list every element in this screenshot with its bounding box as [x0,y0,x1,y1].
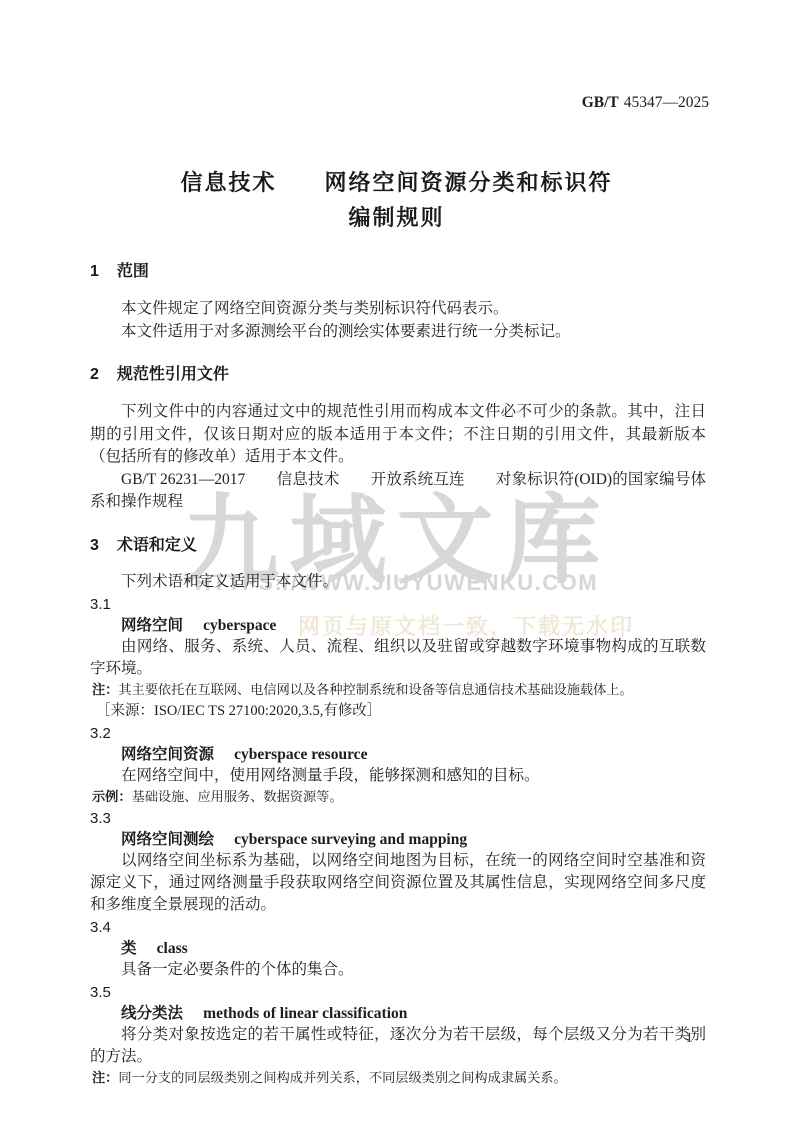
term-en: methods of linear classification [203,1005,407,1022]
document-page: 九域文库 HTTPS://WWW.JIUYUWENKU.COM 网页与原文档一致… [0,0,793,1122]
term-zh: 类 [121,940,137,957]
term-item-cyberspace-resource: 3.2 网络空间资源cyberspace resource 在网络空间中，使用网… [90,723,706,807]
section-number: 2 [90,366,99,383]
term-id: 3.2 [90,723,706,744]
term-id: 3.3 [90,808,706,829]
document-title: 信息技术 网络空间资源分类和标识符 编制规则 [0,165,793,235]
term-zh: 线分类法 [121,1005,183,1022]
example-label: 示例： [92,789,132,804]
term-item-cyberspace: 3.1 网络空间cyberspace 由网络、服务、系统、人员、流程、组织以及驻… [90,594,706,722]
term-id: 3.4 [90,917,706,938]
term-heading: 网络空间cyberspace [121,615,706,636]
term-zh: 网络空间 [121,617,183,634]
term-item-cyberspace-surveying: 3.3 网络空间测绘cyberspace surveying and mappi… [90,808,706,916]
standard-number: GB/T45347—2025 [582,94,709,112]
standard-number-code: 45347—2025 [624,94,709,111]
document-body: 1范围 本文件规定了网络空间资源分类与类别标识符代码表示。 本文件适用于对多源测… [90,250,706,1088]
term-heading: 线分类法methods of linear classification [121,1003,706,1024]
term-definition: 将分类对象按选定的若干属性或特征，逐次分为若干层级，每个层级又分为若干类别的方法… [90,1024,706,1068]
example-text: 基础设施、应用服务、数据资源等。 [132,789,343,804]
term-en: cyberspace [203,617,276,634]
term-heading: 类class [121,938,706,959]
term-id: 3.5 [90,982,706,1003]
section-heading-terms: 3术语和定义 [90,534,706,558]
term-definition: 由网络、服务、系统、人员、流程、组织以及驻留或穿越数字环境事物构成的互联数字环境… [90,636,706,680]
document-title-line2: 编制规则 [0,200,793,235]
term-example: 示例：基础设施、应用服务、数据资源等。 [92,787,706,807]
section-title: 术语和定义 [117,537,197,554]
section-title: 规范性引用文件 [117,366,229,383]
term-source: ［来源：ISO/IEC TS 27100:2020,3.5,有修改］ [96,700,706,722]
term-note: 注：同一分支的同层级类别之间构成并列关系，不同层级类别之间构成隶属关系。 [92,1068,706,1088]
reference-entry: GB/T 26231—2017 信息技术 开放系统互连 对象标识符(OID)的国… [90,469,706,514]
standard-number-prefix: GB/T [582,94,619,111]
section-heading-scope: 1范围 [90,260,706,284]
term-definition: 具备一定必要条件的个体的集合。 [90,959,706,981]
section-number: 3 [90,537,99,554]
paragraph-normative-refs: 下列文件中的内容通过文中的规范性引用而构成本文件必不可少的条款。其中，注日期的引… [90,401,706,469]
term-zh: 网络空间资源 [121,746,214,763]
term-item-linear-classification: 3.5 线分类法methods of linear classification… [90,982,706,1088]
note-label: 注： [92,682,118,697]
term-zh: 网络空间测绘 [121,831,214,848]
note-label: 注： [92,1070,118,1085]
term-en: cyberspace surveying and mapping [234,831,467,848]
term-heading: 网络空间资源cyberspace resource [121,744,706,765]
term-en: cyberspace resource [234,746,367,763]
term-note: 注：其主要依托在互联网、电信网以及各种控制系统和设备等信息通信技术基础设施载体上… [92,680,706,700]
term-en: class [157,940,188,957]
section-number: 1 [90,263,99,280]
document-title-line1: 信息技术 网络空间资源分类和标识符 [0,165,793,200]
paragraph-scope-1: 本文件规定了网络空间资源分类与类别标识符代码表示。 [90,298,706,321]
term-definition: 以网络空间坐标系为基础，以网络空间地图为目标，在统一的网络空间时空基准和资源定义… [90,850,706,916]
term-definition: 在网络空间中，使用网络测量手段，能够探测和感知的目标。 [90,765,706,787]
term-id: 3.1 [90,594,706,615]
term-item-class: 3.4 类class 具备一定必要条件的个体的集合。 [90,917,706,981]
section-title: 范围 [117,263,149,280]
paragraph-scope-2: 本文件适用于对多源测绘平台的测绘实体要素进行统一分类标记。 [90,321,706,344]
terms-intro: 下列术语和定义适用于本文件。 [90,571,706,594]
term-heading: 网络空间测绘cyberspace surveying and mapping [121,829,706,850]
note-text: 其主要依托在互联网、电信网以及各种控制系统和设备等信息通信技术基础设施载体上。 [118,682,632,697]
page-number: 1 [686,1030,694,1047]
section-heading-normative-refs: 2规范性引用文件 [90,363,706,387]
note-text: 同一分支的同层级类别之间构成并列关系，不同层级类别之间构成隶属关系。 [118,1070,566,1085]
